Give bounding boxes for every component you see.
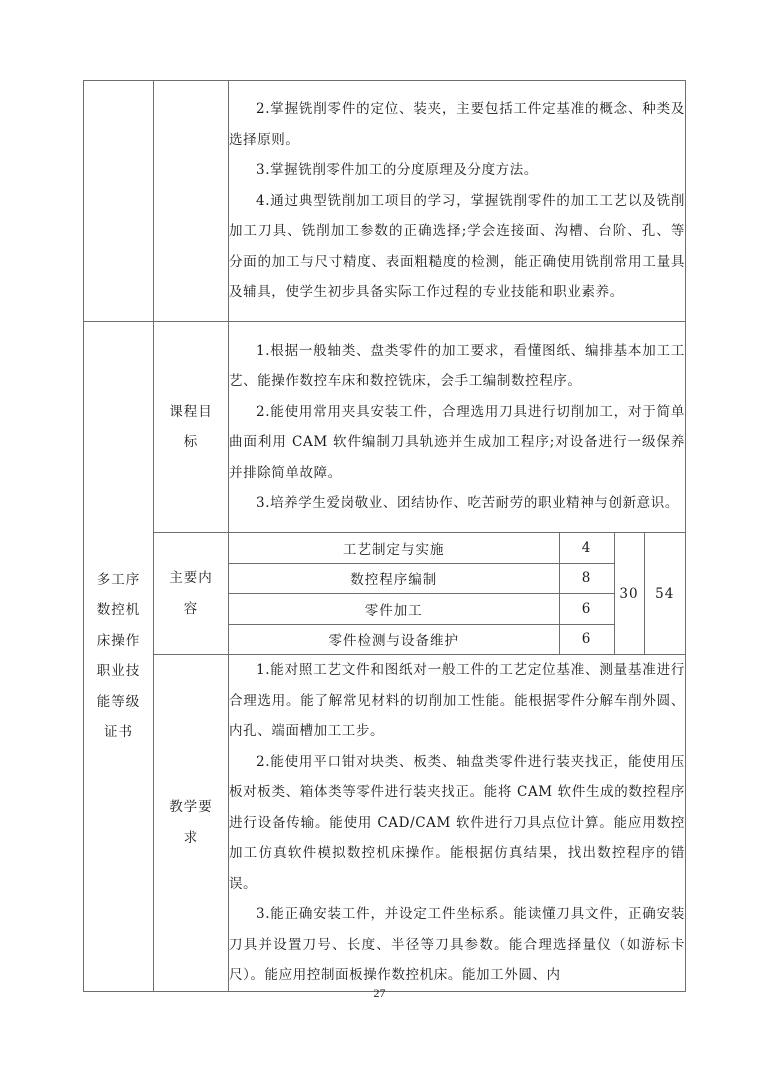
course-name-line: 多工序: [84, 565, 153, 596]
objectives-content: 1.根据一般轴类、盘类零件的加工要求，看懂图纸、编排基本加工工艺、能操作数控车床…: [229, 322, 686, 533]
total-hours: 30: [614, 533, 644, 654]
course-name-line: 能等级: [84, 687, 153, 718]
document-page: 2.掌握铣削零件的定位、装夹，主要包括工件定基准的概念、种类及选择原则。 3.掌…: [0, 0, 759, 1076]
main-content-label: 主要内 容: [154, 533, 229, 655]
paragraph: 1.能对照工艺文件和图纸对一般工件的工艺定位基准、测量基准进行合理选用。能了解常…: [229, 655, 685, 747]
item-name: 零件检测与设备维护: [229, 624, 559, 654]
label-line: 主要内: [154, 563, 228, 594]
label-line: 容: [154, 594, 228, 625]
objectives-label: 课程目 标: [154, 322, 229, 533]
course-name-cell: 多工序 数控机 床操作 职业技 能等级 证书: [84, 322, 154, 992]
course-name-line: 数控机: [84, 595, 153, 626]
item-hours: 8: [559, 563, 614, 594]
item-name: 工艺制定与实施: [229, 533, 559, 563]
teaching-requirements-label: 教学要 求: [154, 655, 229, 992]
item-name: 数控程序编制: [229, 563, 559, 594]
paragraph: 2.能使用平口钳对块类、板类、轴盘类零件进行装夹找正，能使用压板对板类、箱体类等…: [229, 747, 685, 900]
content-items-table: 工艺制定与实施 4 30 54 数控程序编制 8 零件加工 6 零件检测与设: [229, 533, 685, 654]
table-row: 主要内 容 工艺制定与实施 4 30 54 数控程序编制 8: [84, 533, 686, 655]
course-name-cell-empty: [84, 81, 154, 322]
item-hours: 6: [559, 624, 614, 654]
paragraph: 2.掌握铣削零件的定位、装夹，主要包括工件定基准的概念、种类及选择原则。: [229, 94, 685, 155]
paragraph: 3.能正确安装工件，并设定工件坐标系。能读懂刀具文件，正确安装刀具并设置刀号、长…: [229, 899, 685, 991]
paragraph: 1.根据一般轴类、盘类零件的加工要求，看懂图纸、编排基本加工工艺、能操作数控车床…: [229, 336, 685, 397]
label-line: 求: [154, 823, 228, 854]
table-row: 2.掌握铣削零件的定位、装夹，主要包括工件定基准的概念、种类及选择原则。 3.掌…: [84, 81, 686, 322]
main-content-grid: 工艺制定与实施 4 30 54 数控程序编制 8 零件加工 6 零件检测与设: [229, 533, 686, 655]
course-name-line: 职业技: [84, 656, 153, 687]
table-row: 教学要 求 1.能对照工艺文件和图纸对一般工件的工艺定位基准、测量基准进行合理选…: [84, 655, 686, 992]
paragraph: 2.能使用常用夹具安装工件，合理选用刀具进行切削加工，对于简单曲面利用 CAM …: [229, 397, 685, 489]
item-hours: 6: [559, 594, 614, 625]
paragraph: 3.培养学生爱岗敬业、团结协作、吃苦耐劳的职业精神与创新意识。: [229, 488, 685, 519]
total-hours-2: 54: [644, 533, 685, 654]
paragraph: 4.通过典型铣削加工项目的学习，掌握铣削零件的加工工艺以及铣削加工刀具、铣削加工…: [229, 186, 685, 308]
course-name-line: 证书: [84, 717, 153, 748]
table-row: 多工序 数控机 床操作 职业技 能等级 证书 课程目 标 1.根据一般轴类、盘类…: [84, 322, 686, 533]
item-name: 零件加工: [229, 594, 559, 625]
category-cell-empty: [154, 81, 229, 322]
label-line: 课程目: [154, 397, 228, 428]
content-cell: 2.掌握铣削零件的定位、装夹，主要包括工件定基准的概念、种类及选择原则。 3.掌…: [229, 81, 686, 322]
content-item-row: 工艺制定与实施 4 30 54: [229, 533, 685, 563]
label-line: 教学要: [154, 792, 228, 823]
teaching-requirements-content: 1.能对照工艺文件和图纸对一般工件的工艺定位基准、测量基准进行合理选用。能了解常…: [229, 655, 686, 992]
paragraph: 3.掌握铣削零件加工的分度原理及分度方法。: [229, 155, 685, 186]
item-hours: 4: [559, 533, 614, 563]
course-table: 2.掌握铣削零件的定位、装夹，主要包括工件定基准的概念、种类及选择原则。 3.掌…: [83, 80, 686, 992]
label-line: 标: [154, 427, 228, 458]
course-name-line: 床操作: [84, 626, 153, 657]
page-number: 27: [0, 986, 759, 1001]
